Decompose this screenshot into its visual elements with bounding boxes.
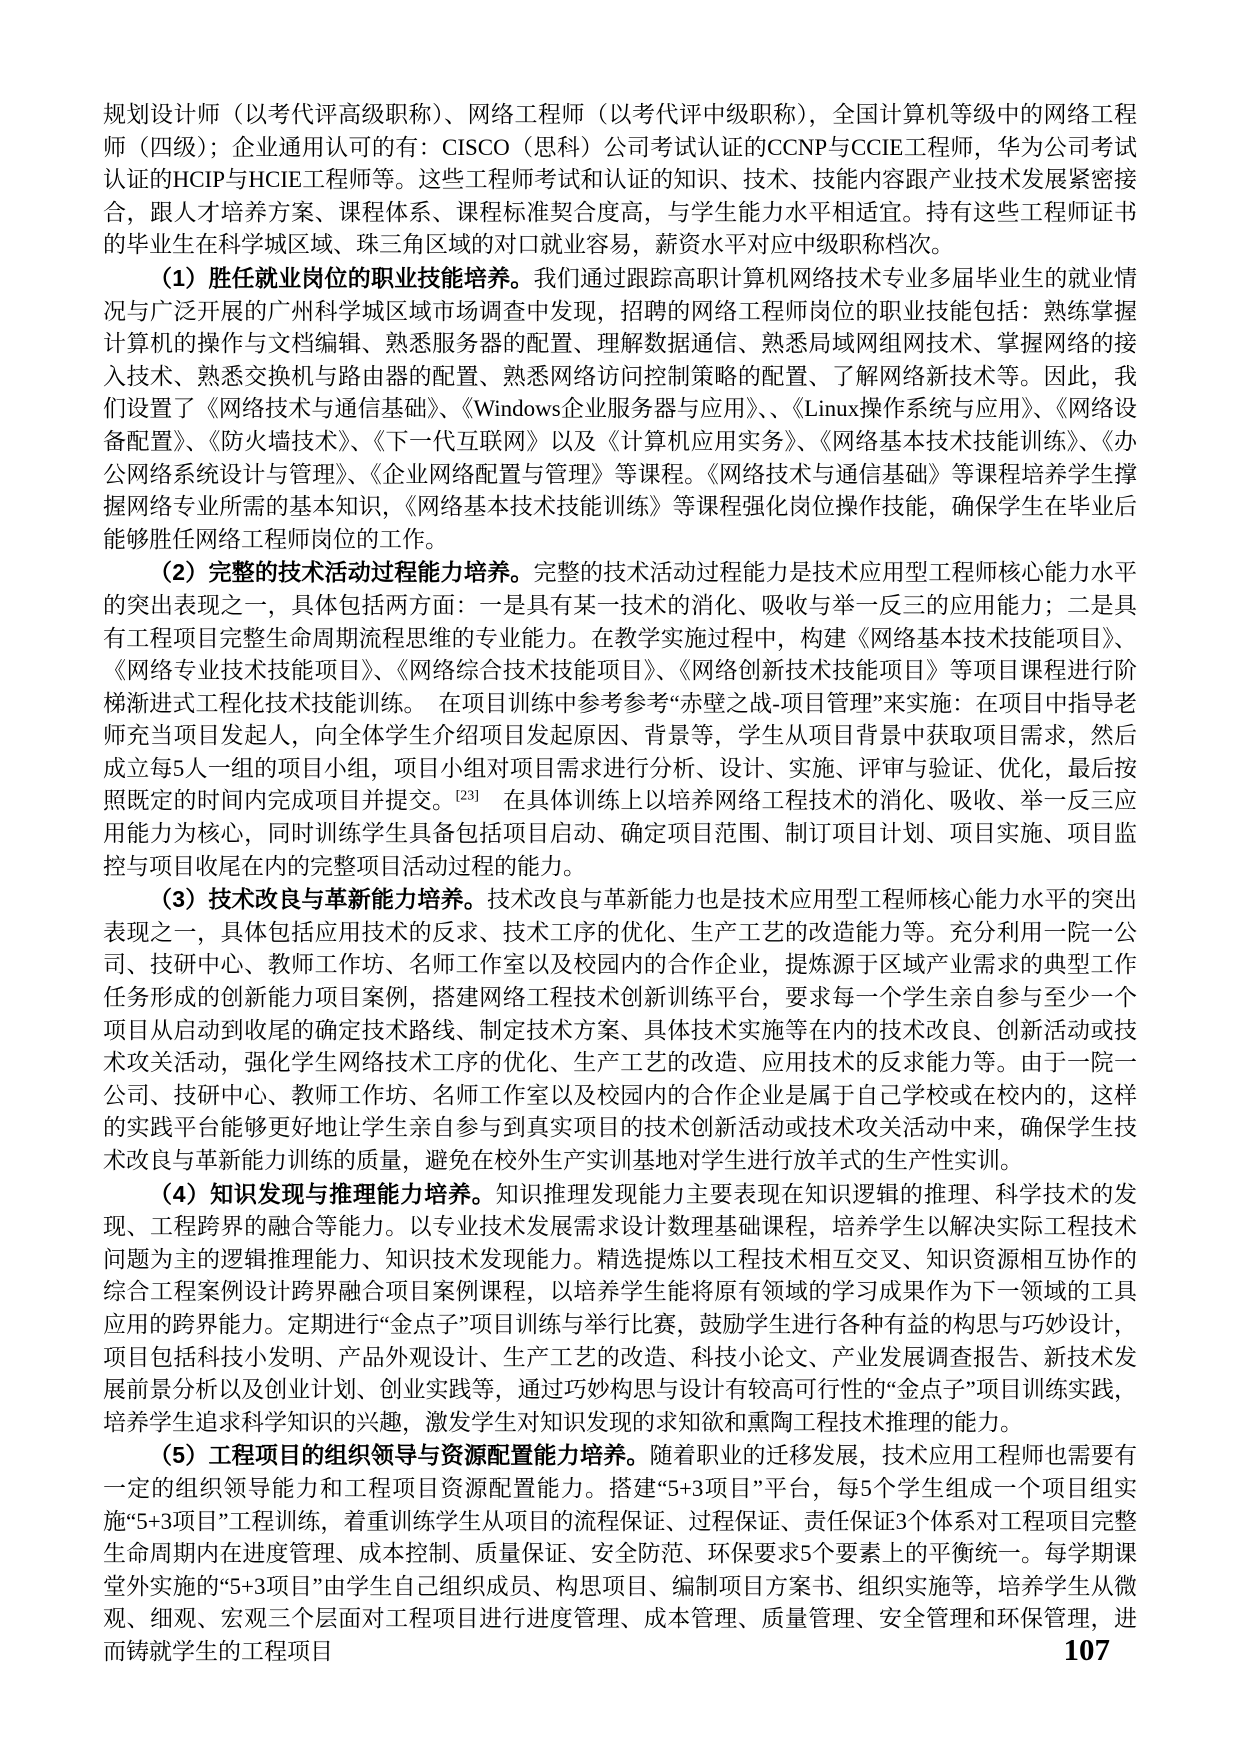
paragraph-heading: （5）工程项目的组织领导与资源配置能力培养。 xyxy=(149,1442,650,1468)
paragraph-item-2: （2）完整的技术活动过程能力培养。完整的技术活动过程能力是技术应用型工程师核心能… xyxy=(103,556,1137,883)
paragraph-text: 规划设计师（以考代评高级职称）、网络工程师（以考代评中级职称），全国计算机等级中… xyxy=(103,102,1137,257)
paragraph-heading: （4）知识发现与推理能力培养。 xyxy=(149,1181,496,1207)
document-page: 规划设计师（以考代评高级职称）、网络工程师（以考代评中级职称），全国计算机等级中… xyxy=(0,0,1240,1753)
paragraph-text: 我们通过跟踪高职计算机网络技术专业多届毕业生的就业情况与广泛开展的广州科学城区域… xyxy=(103,266,1137,552)
page-body-text: 规划设计师（以考代评高级职称）、网络工程师（以考代评中级职称），全国计算机等级中… xyxy=(103,99,1137,1669)
paragraph-item-1: （1）胜任就业岗位的职业技能培养。我们通过跟踪高职计算机网络技术专业多届毕业生的… xyxy=(103,262,1137,556)
paragraph-heading: （3）技术改良与革新能力培养。 xyxy=(149,886,487,912)
paragraph-text: 完整的技术活动过程能力是技术应用型工程师核心能力水平的突出表现之一，具体包括两方… xyxy=(103,560,1137,813)
paragraph-heading: （2）完整的技术活动过程能力培养。 xyxy=(149,559,534,585)
paragraph-heading: （1）胜任就业岗位的职业技能培养。 xyxy=(149,265,534,291)
paragraph-text: 技术改良与革新能力也是技术应用型工程师核心能力水平的突出表现之一，具体包括应用技… xyxy=(103,887,1137,1173)
paragraph-item-3: （3）技术改良与革新能力培养。技术改良与革新能力也是技术应用型工程师核心能力水平… xyxy=(103,883,1137,1177)
paragraph-item-4: （4）知识发现与推理能力培养。知识推理发现能力主要表现在知识逻辑的推理、科学技术… xyxy=(103,1178,1137,1440)
citation-marker: [23] xyxy=(456,789,479,804)
paragraph-continuation: 规划设计师（以考代评高级职称）、网络工程师（以考代评中级职称），全国计算机等级中… xyxy=(103,99,1137,262)
paragraph-item-5: （5）工程项目的组织领导与资源配置能力培养。随着职业的迁移发展，技术应用工程师也… xyxy=(103,1439,1137,1668)
paragraph-text: 知识推理发现能力主要表现在知识逻辑的推理、科学技术的发现、工程跨界的融合等能力。… xyxy=(103,1182,1137,1435)
paragraph-text: 随着职业的迁移发展，技术应用工程师也需要有一定的组织领导能力和工程项目资源配置能… xyxy=(103,1443,1137,1664)
page-number: 107 xyxy=(1064,1632,1111,1668)
